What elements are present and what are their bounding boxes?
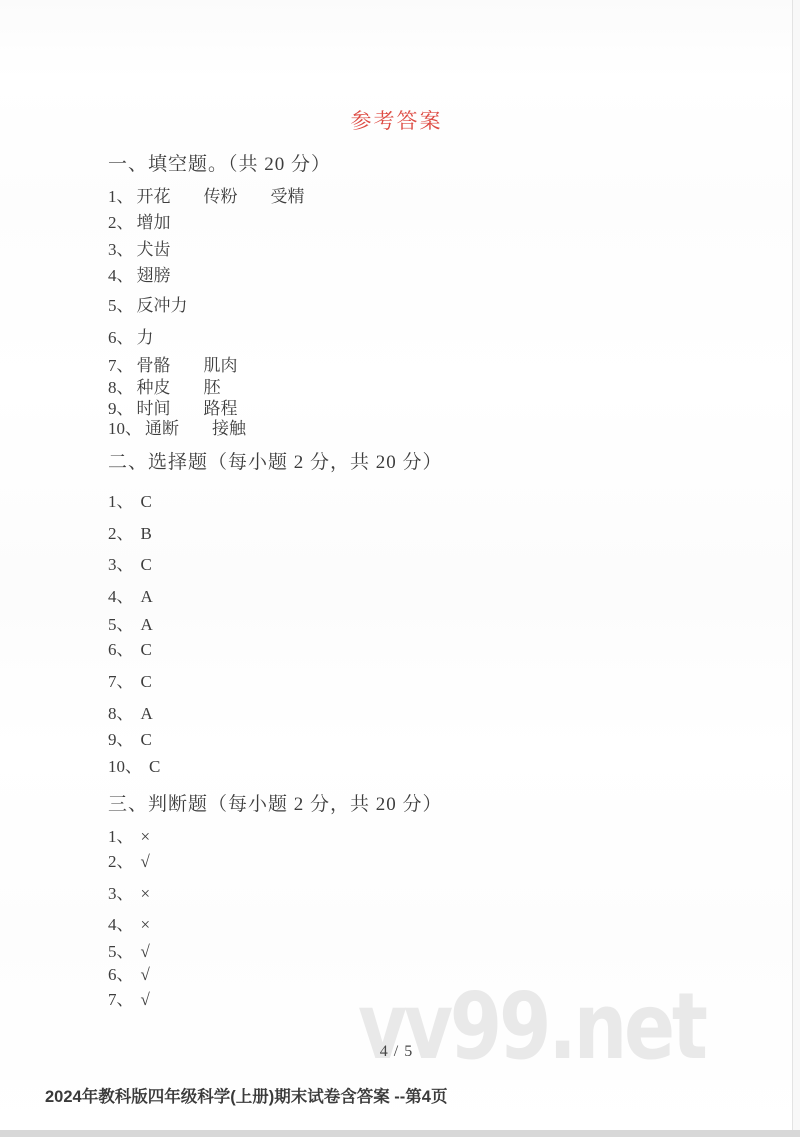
item-number: 1、 <box>108 827 134 846</box>
item-number: 4、 <box>108 266 134 285</box>
answer-text: × <box>141 884 151 903</box>
answer-text: 反冲力 <box>137 296 188 315</box>
answer-text: 肌肉 <box>204 356 238 375</box>
answer-text: C <box>141 672 152 691</box>
answer-text: × <box>141 915 151 934</box>
item-number: 10、 <box>108 757 142 776</box>
answer-line: 7、√ <box>108 991 150 1008</box>
answer-line: 6、√ <box>108 966 150 983</box>
item-number: 5、 <box>108 296 134 315</box>
answer-line: 9、时间路程 <box>108 400 238 417</box>
answer-text: × <box>141 827 151 846</box>
answer-text: 增加 <box>137 213 171 232</box>
item-number: 1、 <box>108 187 134 206</box>
answer-line: 1、× <box>108 828 150 845</box>
answer-text: 力 <box>137 328 154 347</box>
answer-text: 通断 <box>145 419 179 438</box>
answer-text: A <box>141 704 153 723</box>
item-number: 9、 <box>108 399 134 418</box>
answer-text: 翅膀 <box>137 266 171 285</box>
answer-text: C <box>141 730 152 749</box>
answer-text: 路程 <box>204 399 238 418</box>
answer-text: √ <box>141 990 150 1009</box>
answer-line: 3、× <box>108 885 150 902</box>
item-number: 2、 <box>108 213 134 232</box>
item-number: 8、 <box>108 704 134 723</box>
answer-line: 2、B <box>108 525 152 542</box>
answer-line: 6、C <box>108 641 152 658</box>
section-heading-choice: 二、选择题（每小题 2 分，共 20 分） <box>108 447 443 474</box>
answer-text: 骨骼 <box>137 356 171 375</box>
answer-line: 8、A <box>108 705 153 722</box>
answer-line: 5、A <box>108 616 153 633</box>
section-heading-fill-in: 一、填空题。（共 20 分） <box>108 149 331 176</box>
answer-text: C <box>141 555 152 574</box>
answer-line: 2、增加 <box>108 214 171 231</box>
answer-line: 7、C <box>108 673 152 690</box>
item-number: 6、 <box>108 328 134 347</box>
item-number: 6、 <box>108 965 134 984</box>
answer-line: 1、开花传粉受精 <box>108 188 305 205</box>
answer-line: 4、翅膀 <box>108 267 171 284</box>
item-number: 1、 <box>108 492 134 511</box>
item-number: 9、 <box>108 730 134 749</box>
answer-line: 8、种皮胚 <box>108 379 221 396</box>
answer-line: 2、√ <box>108 853 150 870</box>
page-title: 参考答案 <box>0 105 793 135</box>
answer-line: 10、C <box>108 758 160 775</box>
item-number: 2、 <box>108 852 134 871</box>
footer-text: 2024年教科版四年级科学(上册)期末试卷含答案 --第4页 <box>45 1083 447 1107</box>
answer-line: 9、C <box>108 731 152 748</box>
item-number: 3、 <box>108 884 134 903</box>
answer-text: C <box>141 640 152 659</box>
answer-text: √ <box>141 852 150 871</box>
item-number: 10、 <box>108 419 142 438</box>
item-number: 7、 <box>108 356 134 375</box>
answer-text: 开花 <box>137 187 171 206</box>
viewer-bottom-bar <box>0 1130 800 1137</box>
answer-text: 胚 <box>204 378 221 397</box>
answer-text: B <box>141 524 152 543</box>
item-number: 8、 <box>108 378 134 397</box>
item-number: 5、 <box>108 942 134 961</box>
page-right-gutter <box>793 0 800 1130</box>
answer-line: 7、骨骼肌肉 <box>108 357 238 374</box>
item-number: 4、 <box>108 587 134 606</box>
section-heading-judgment: 三、判断题（每小题 2 分，共 20 分） <box>108 789 443 816</box>
answer-text: 传粉 <box>204 187 238 206</box>
answer-line: 10、通断接触 <box>108 420 246 437</box>
answer-line: 5、反冲力 <box>108 297 188 314</box>
answer-text: C <box>149 757 160 776</box>
answer-text: A <box>141 587 153 606</box>
page-number: 4 / 5 <box>0 1043 793 1061</box>
answer-line: 3、C <box>108 556 152 573</box>
item-number: 6、 <box>108 640 134 659</box>
item-number: 7、 <box>108 672 134 691</box>
item-number: 2、 <box>108 524 134 543</box>
answer-text: A <box>141 615 153 634</box>
answer-text: C <box>141 492 152 511</box>
item-number: 5、 <box>108 615 134 634</box>
answer-text: 犬齿 <box>137 240 171 259</box>
item-number: 4、 <box>108 915 134 934</box>
answer-text: 接触 <box>212 419 246 438</box>
item-number: 3、 <box>108 240 134 259</box>
answer-text: 受精 <box>271 187 305 206</box>
answer-text: √ <box>141 942 150 961</box>
answer-line: 5、√ <box>108 943 150 960</box>
item-number: 3、 <box>108 555 134 574</box>
answer-line: 1、C <box>108 493 152 510</box>
answer-text: 时间 <box>137 399 171 418</box>
answer-line: 4、A <box>108 588 153 605</box>
answer-text: 种皮 <box>137 378 171 397</box>
answer-line: 4、× <box>108 916 150 933</box>
document-page: 参考答案 一、填空题。（共 20 分） 1、开花传粉受精 2、增加 3、犬齿 4… <box>0 0 800 1137</box>
answer-line: 6、力 <box>108 329 154 346</box>
answer-text: √ <box>141 965 150 984</box>
answer-line: 3、犬齿 <box>108 241 171 258</box>
item-number: 7、 <box>108 990 134 1009</box>
